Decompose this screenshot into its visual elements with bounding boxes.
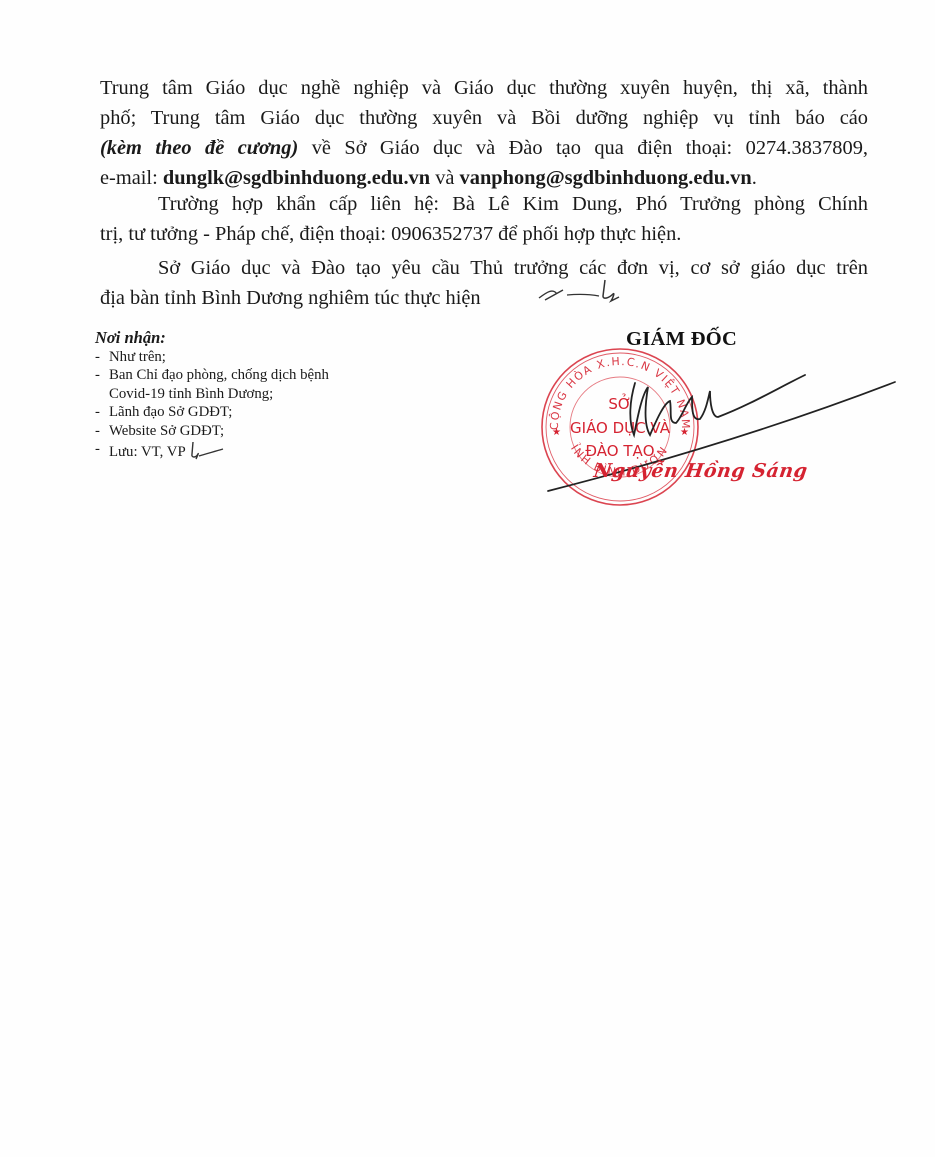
recipient-item: - Ban Chỉ đạo phòng, chống dịch bệnh Cov…	[95, 366, 425, 403]
handwritten-initials-icon	[187, 440, 227, 462]
text-run: e-mail:	[100, 167, 163, 189]
text-run: phố; Trung tâm Giáo dục thường xuyên và …	[100, 107, 868, 129]
signature-block: GIÁM ĐỐC CỘNG HÒA X.H.C.N VIỆT NAM TỈNH …	[530, 325, 910, 515]
recipient-label: Lưu: VT, VP	[109, 444, 185, 460]
list-dash: -	[95, 403, 100, 421]
list-dash: -	[95, 348, 100, 366]
list-dash: -	[95, 422, 100, 440]
document-page: Trung tâm Giáo dục nghề nghiệp và Giáo d…	[0, 0, 935, 1157]
text-line: Trường hợp khẩn cấp liên hệ: Bà Lê Kim D…	[100, 189, 868, 219]
emphasized-text: vanphong@sgdbinhduong.edu.vn	[460, 167, 752, 189]
recipient-item: - Như trên;	[95, 348, 425, 366]
text-run: và	[430, 167, 459, 189]
recipients-list: - Như trên; - Ban Chỉ đạo phòng, chống d…	[95, 348, 425, 462]
paragraph-closing-request: Sở Giáo dục và Đào tạo yêu cầu Thủ trưởn…	[100, 253, 868, 313]
text-line: Sở Giáo dục và Đào tạo yêu cầu Thủ trưởn…	[100, 253, 868, 283]
text-run: về Sở Giáo dục và Đào tạo qua điện thoại…	[298, 137, 868, 159]
list-dash: -	[95, 440, 100, 458]
paragraph-reporting-instructions: Trung tâm Giáo dục nghề nghiệp và Giáo d…	[100, 73, 868, 193]
recipients-title: Nơi nhận:	[95, 328, 425, 348]
emphasized-text: dunglk@sgdbinhduong.edu.vn	[163, 167, 430, 189]
paragraph-emergency-contact: Trường hợp khẩn cấp liên hệ: Bà Lê Kim D…	[100, 189, 868, 249]
recipient-label-continuation: Covid-19 tỉnh Bình Dương;	[109, 385, 425, 403]
text-run: trị, tư tưởng - Pháp chế, điện thoại: 09…	[100, 223, 681, 245]
list-dash: -	[95, 366, 100, 384]
handwritten-signature-icon	[530, 325, 910, 515]
text-line: phố; Trung tâm Giáo dục thường xuyên và …	[100, 103, 868, 133]
recipient-label: Ban Chỉ đạo phòng, chống dịch bệnh	[109, 367, 329, 383]
emphasized-text: (kèm theo đề cương)	[100, 137, 298, 159]
recipient-label: Lãnh đạo Sở GDĐT;	[109, 404, 232, 420]
paragraph: Sở Giáo dục và Đào tạo yêu cầu Thủ trưởn…	[100, 253, 868, 313]
handwritten-initials-icon	[533, 276, 623, 306]
text-line: địa bàn tỉnh Bình Dương nghiêm túc thực …	[100, 283, 868, 313]
recipients-block: Nơi nhận: - Như trên; - Ban Chỉ đạo phòn…	[95, 328, 425, 462]
text-run: Trung tâm Giáo dục nghề nghiệp và Giáo d…	[100, 77, 868, 99]
recipient-label: Website Sở GDĐT;	[109, 423, 224, 439]
recipient-label: Như trên;	[109, 349, 166, 365]
text-run: Trường hợp khẩn cấp liên hệ: Bà Lê Kim D…	[158, 193, 868, 215]
paragraph: Trung tâm Giáo dục nghề nghiệp và Giáo d…	[100, 73, 868, 193]
text-line: trị, tư tưởng - Pháp chế, điện thoại: 09…	[100, 219, 868, 249]
recipient-item: - Lãnh đạo Sở GDĐT;	[95, 403, 425, 421]
text-run: địa bàn tỉnh Bình Dương nghiêm túc thực …	[100, 287, 481, 309]
text-line: (kèm theo đề cương) về Sở Giáo dục và Đà…	[100, 133, 868, 163]
recipient-item: - Lưu: VT, VP	[95, 440, 425, 462]
recipient-item: - Website Sở GDĐT;	[95, 422, 425, 440]
text-run: .	[752, 167, 757, 189]
paragraph: Trường hợp khẩn cấp liên hệ: Bà Lê Kim D…	[100, 189, 868, 249]
text-line: Trung tâm Giáo dục nghề nghiệp và Giáo d…	[100, 73, 868, 103]
text-run: Sở Giáo dục và Đào tạo yêu cầu Thủ trưởn…	[158, 257, 868, 279]
signer-name: Nguyễn Hồng Sáng	[592, 460, 809, 482]
